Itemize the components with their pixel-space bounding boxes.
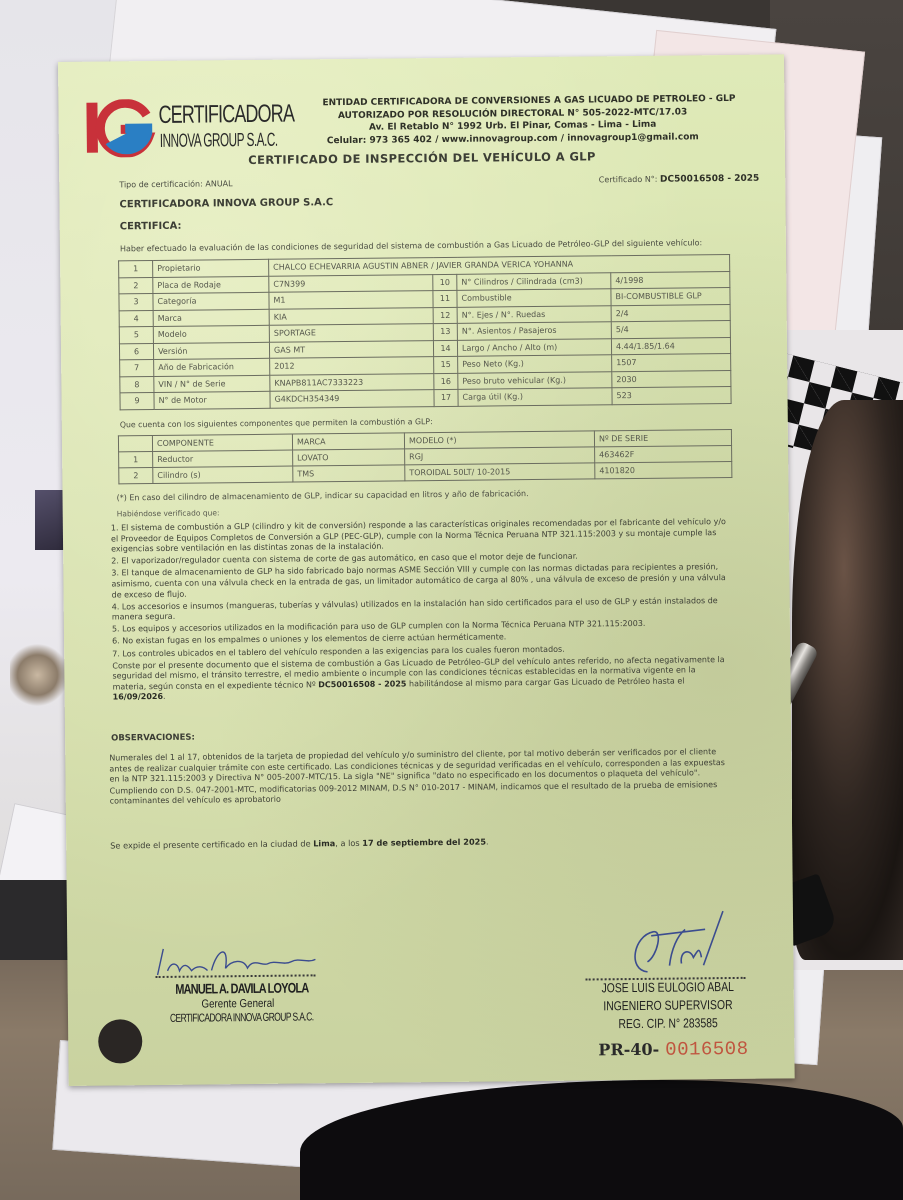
conclusion-text: habilitándose al mismo para cargar Gas L…	[406, 676, 684, 688]
row-number: 5	[119, 327, 153, 344]
row-number: 12	[433, 307, 457, 324]
logo-text-certificadora: CERTIFICADORA	[158, 100, 294, 130]
handwritten-signature-icon	[607, 905, 738, 978]
row-number: 1	[119, 452, 153, 468]
row-number: 16	[434, 373, 458, 390]
field-value: SPORTAGE	[269, 324, 433, 342]
field-value: 2030	[612, 370, 731, 388]
entity-info: ENTIDAD CERTIFICADORA DE CONVERSIONES A …	[322, 93, 703, 147]
ig-logo-icon	[84, 99, 161, 158]
issue-text: .	[486, 837, 489, 847]
issue-text: , a los	[335, 838, 362, 848]
field-value: 1507	[612, 353, 731, 371]
field-label: Modelo	[153, 325, 269, 343]
glp-inspection-certificate: CERTIFICADORA INNOVA GROUP S.A.C. ENTIDA…	[58, 54, 795, 1086]
field-value: BI-COMBUSTIBLE GLP	[611, 287, 730, 305]
field-value: G4KDCH354349	[270, 390, 434, 408]
serial-prefix: PR-40-	[598, 1040, 659, 1060]
field-label: Propietario	[153, 259, 269, 277]
field-value: 523	[612, 386, 731, 404]
expediente-number: DC50016508 - 2025	[318, 679, 406, 689]
field-value: M1	[269, 291, 433, 309]
field-value: KNAPB811AC7333223	[270, 373, 434, 391]
row-number: 8	[120, 376, 154, 393]
field-label: Peso Neto (Kg.)	[458, 355, 612, 373]
manager-role: Gerente General	[170, 997, 306, 1010]
row-number: 2	[119, 277, 153, 294]
column-header: MARCA	[292, 433, 404, 450]
background-printed-image	[10, 640, 65, 710]
field-label: Categoría	[153, 292, 269, 310]
clause-item: 3. El tanque de almacenamiento de GLP ha…	[111, 562, 729, 600]
form-serial: PR-40-0016508	[598, 1038, 748, 1062]
issue-city: Lima	[313, 838, 335, 848]
component-serial: 4101820	[595, 461, 732, 478]
logo-text-company: INNOVA GROUP S.A.C.	[160, 130, 278, 153]
field-label: Placa de Rodaje	[153, 276, 269, 294]
row-number: 17	[434, 389, 458, 406]
field-label: N°. Ejes / N°. Ruedas	[457, 305, 611, 323]
row-number: 6	[119, 343, 153, 360]
column-header: Nº DE SERIE	[594, 429, 731, 446]
background-printed-image	[35, 490, 65, 550]
field-value: 4/1998	[611, 271, 730, 289]
component-brand: TMS	[293, 465, 405, 482]
issue-text: Se expide el presente certificado en la …	[110, 838, 313, 850]
verified-intro: Habiéndose verificado que:	[117, 508, 220, 518]
cylinder-footnote: (*) En caso del cilindro de almacenamien…	[117, 489, 529, 502]
row-number: 9	[120, 393, 154, 410]
field-value: C7N399	[269, 274, 433, 292]
certificate-number-label: Certificado N°:	[599, 175, 658, 185]
row-number: 10	[433, 274, 457, 291]
row-number: 11	[433, 290, 457, 307]
certifica-heading: CERTIFICA:	[120, 221, 182, 233]
verification-clauses: 1. El sistema de combustión a GLP (cilin…	[111, 517, 731, 705]
observation-paragraph: Numerales del 1 al 17, obtenidos de la t…	[109, 747, 729, 785]
field-label: Año de Fabricación	[154, 358, 270, 376]
engineer-name: JOSE LUIS EULOGIO ABAL	[594, 979, 741, 996]
field-label: Marca	[153, 309, 269, 327]
conclusion-text: .	[163, 692, 166, 701]
conclusion-paragraph: Conste por el presente documento que el …	[112, 655, 730, 704]
vehicle-data-table: 1 Propietario CHALCO ECHEVARRIA AGUSTIN …	[118, 254, 732, 410]
engineer-role: INGENIERO SUPERVISOR	[594, 997, 741, 1014]
row-number: 3	[119, 294, 153, 311]
column-header: COMPONENTE	[152, 434, 292, 451]
issue-date: 17 de septiembre del 2025	[362, 837, 486, 848]
manager-organization: CERTIFICADORA INNOVA GROUP S.A.C.	[170, 1011, 306, 1024]
row-number: 4	[119, 310, 153, 327]
field-label: VIN / N° de Serie	[154, 375, 270, 393]
engineer-signature-block: JOSE LUIS EULOGIO ABAL INGENIERO SUPERVI…	[567, 905, 779, 1067]
field-label: N° Cilindros / Cilindrada (cm3)	[457, 272, 611, 290]
valid-until-date: 16/09/2026	[113, 692, 163, 702]
components-intro: Que cuenta con los siguientes componente…	[120, 417, 433, 429]
row-number: 1	[119, 261, 153, 278]
manager-signature-block: MANUEL A. DAVILA LOYOLA Gerente General …	[145, 939, 376, 1051]
issue-statement: Se expide el presente certificado en la …	[110, 837, 489, 851]
company-name: CERTIFICADORA INNOVA GROUP S.A.C	[119, 197, 333, 210]
row-number: 14	[433, 340, 457, 357]
serial-number: 0016508	[665, 1038, 749, 1061]
field-value: 4.44/1.85/1.64	[611, 337, 730, 355]
field-value: 5/4	[611, 320, 730, 338]
row-number: 13	[433, 323, 457, 340]
evaluation-intro: Haber efectuado la evaluación de las con…	[120, 238, 702, 253]
certificate-number: DC50016508 - 2025	[660, 174, 759, 185]
component-name: Reductor	[153, 450, 293, 467]
component-model: TOROIDAL 50LT/ 10-2015	[405, 463, 595, 481]
row-number: 2	[119, 468, 153, 484]
field-label: Peso bruto vehicular (Kg.)	[458, 371, 612, 389]
row-number: 7	[120, 360, 154, 377]
field-label: Versión	[153, 342, 269, 360]
field-value: 2012	[270, 357, 434, 375]
component-brand: LOVATO	[293, 449, 405, 466]
field-value: 2/4	[611, 304, 730, 322]
field-label: Largo / Ancho / Alto (m)	[457, 338, 611, 356]
certificate-number-field: Certificado N°: DC50016508 - 2025	[599, 174, 760, 186]
field-label: Combustible	[457, 289, 611, 307]
field-label: N°. Asientos / Pasajeros	[457, 322, 611, 340]
component-name: Cilindro (s)	[153, 466, 293, 483]
field-value: KIA	[269, 307, 433, 325]
manager-name: MANUEL A. DAVILA LOYOLA	[175, 980, 300, 997]
punch-hole	[98, 1019, 142, 1063]
column-header: MODELO (*)	[404, 431, 594, 449]
observations-title: OBSERVACIONES:	[111, 733, 195, 744]
observations-body: Numerales del 1 al 17, obtenidos de la t…	[109, 747, 730, 808]
component-model: RGJ	[405, 447, 595, 465]
clause-item: 1. El sistema de combustión a GLP (cilin…	[111, 517, 729, 555]
row-number: 15	[434, 356, 458, 373]
certificate-meta: Tipo de certificación: ANUAL Certificado…	[119, 174, 759, 190]
engineer-registration: REG. CIP. N° 283585	[594, 1015, 741, 1032]
column-header	[118, 436, 152, 452]
field-label: Carga útil (Kg.)	[458, 388, 612, 406]
field-value: GAS MT	[269, 340, 433, 358]
certification-type: Tipo de certificación: ANUAL	[119, 179, 232, 189]
components-table: COMPONENTE MARCA MODELO (*) Nº DE SERIE …	[118, 429, 732, 484]
field-label: N° de Motor	[154, 391, 270, 409]
component-serial: 463462F	[595, 445, 732, 462]
